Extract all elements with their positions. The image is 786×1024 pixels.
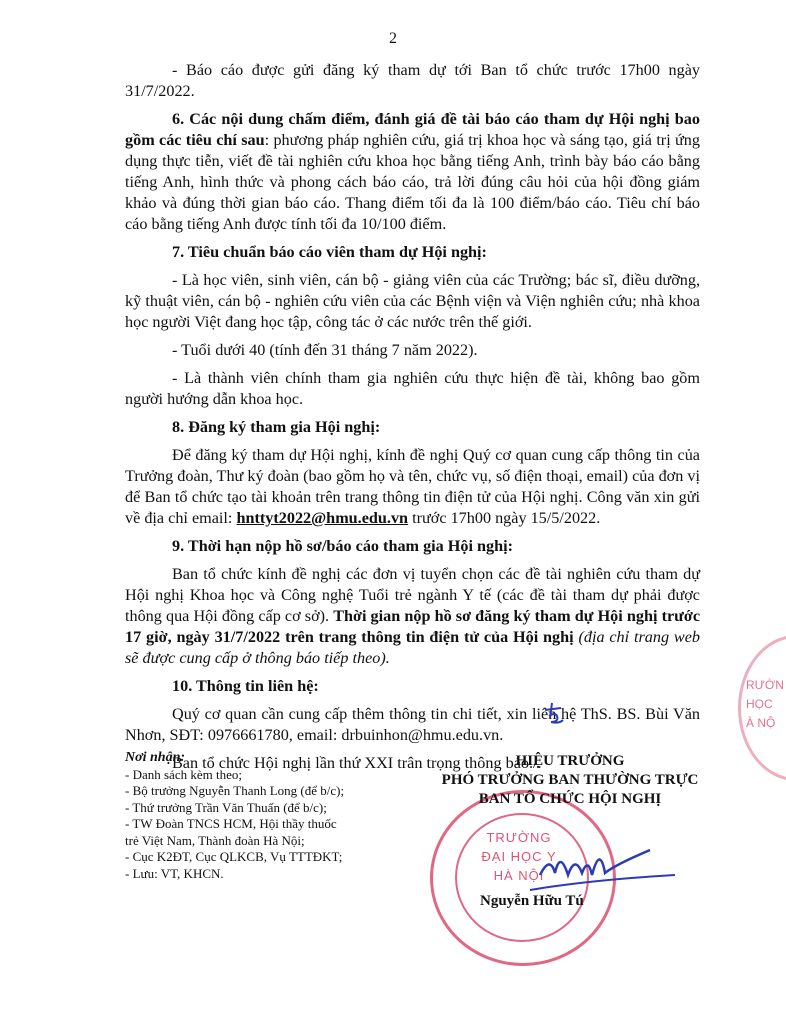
document-body: - Báo cáo được gửi đăng ký tham dự tới B… xyxy=(125,60,700,781)
recipient-item: - Bộ trưởng Nguyễn Thanh Long (để b/c); xyxy=(125,783,425,800)
recipient-item: - Lưu: VT, KHCN. xyxy=(125,866,425,883)
section-8-body: Để đăng ký tham dự Hội nghị, kính đề ngh… xyxy=(125,445,700,529)
page-number: 2 xyxy=(0,30,786,48)
recipients-list: Nơi nhận: - Danh sách kèm theo; - Bộ trư… xyxy=(125,750,425,882)
signer-title-1: HIỆU TRƯỞNG xyxy=(420,752,720,771)
recipients-title: Nơi nhận: xyxy=(125,750,425,767)
section-8-title: 8. Đăng ký tham gia Hội nghị: xyxy=(125,417,700,438)
section-10-title: 10. Thông tin liên hệ: xyxy=(125,676,700,697)
partial-stamp-text: RƯỜN HỌC À NỘ xyxy=(746,676,784,733)
section-7-item: - Là thành viên chính tham gia nghiên cứ… xyxy=(125,368,700,410)
section-9-title: 9. Thời hạn nộp hồ sơ/báo cáo tham gia H… xyxy=(125,536,700,557)
signature-block: HIỆU TRƯỞNG PHÓ TRƯỞNG BAN THƯỜNG TRỰC B… xyxy=(420,752,720,809)
signer-name: Nguyễn Hữu Tú xyxy=(480,893,584,910)
section-9-body: Ban tổ chức kính đề nghị các đơn vị tuyể… xyxy=(125,564,700,669)
registration-email-link[interactable]: hnttyt2022@hmu.edu.vn xyxy=(236,509,408,527)
handwritten-initial-icon xyxy=(541,700,567,726)
recipient-item: - Danh sách kèm theo; xyxy=(125,767,425,784)
recipient-item: - TW Đoàn TNCS HCM, Hội thầy thuốc trẻ V… xyxy=(125,816,340,849)
section-7-title: 7. Tiêu chuẩn báo cáo viên tham dự Hội n… xyxy=(125,242,700,263)
section-7-item: - Là học viên, sinh viên, cán bộ - giảng… xyxy=(125,270,700,333)
section-7-item: - Tuổi dưới 40 (tính đến 31 tháng 7 năm … xyxy=(125,340,700,361)
section-10-body: Quý cơ quan cần cung cấp thêm thông tin … xyxy=(125,704,700,746)
section-6: 6. Các nội dung chấm điểm, đánh giá đề t… xyxy=(125,109,700,235)
intro-line: - Báo cáo được gửi đăng ký tham dự tới B… xyxy=(125,60,700,102)
signer-title-3: BAN TỔ CHỨC HỘI NGHỊ xyxy=(420,790,720,809)
recipient-item: - Thứ trưởng Trần Văn Thuấn (để b/c); xyxy=(125,800,425,817)
signer-title-2: PHÓ TRƯỞNG BAN THƯỜNG TRỰC xyxy=(420,771,720,790)
section-8-deadline: trước 17h00 ngày 15/5/2022. xyxy=(408,509,600,527)
handwritten-signature-icon xyxy=(530,845,680,895)
recipient-item: - Cục K2ĐT, Cục QLKCB, Vụ TTTĐKT; xyxy=(125,849,425,866)
